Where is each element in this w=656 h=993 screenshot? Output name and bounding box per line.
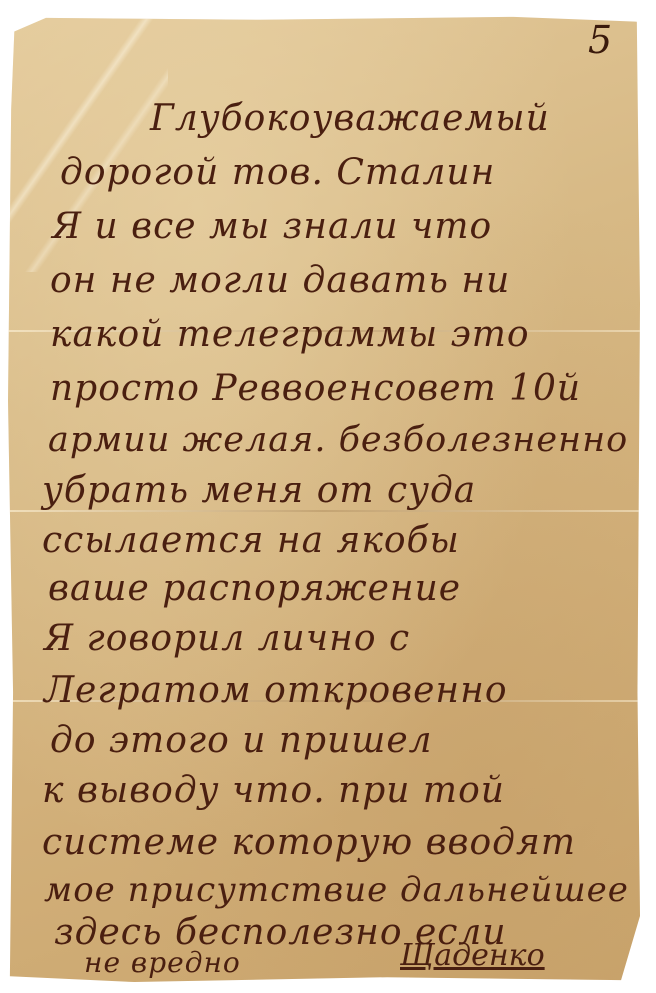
signature: Щаденко <box>400 938 545 973</box>
letter-line: системе которую вводят <box>42 822 576 863</box>
letter-line: ссылается на якобы <box>42 520 460 561</box>
letter-line: ваше распоряжение <box>48 568 461 609</box>
letter-line: Легратом откровенно <box>44 670 508 711</box>
letter-line: до этого и пришел <box>50 720 433 761</box>
letter-line: армии желая. безболезненно <box>48 420 628 460</box>
letter-line: дорогой тов. Сталин <box>60 152 495 193</box>
letter-line: Я и все мы знали что <box>52 206 492 247</box>
letter-line: к выводу что. при той <box>42 770 505 811</box>
letter-line: убрать меня от суда <box>42 470 476 511</box>
letter-line-closing: не вредно <box>84 946 241 979</box>
letter-line: он не могли давать ни <box>50 260 510 301</box>
page-number: 5 <box>588 18 612 62</box>
letter-line: какой телеграммы это <box>50 314 530 355</box>
letter-line: Я говорил лично с <box>44 618 410 659</box>
letter-line: просто Реввоенсовет 10й <box>50 368 581 409</box>
letter-line-salutation: Глубокоуважаемый <box>150 98 550 139</box>
letter-line: мое присутствие дальнейшее <box>44 870 629 910</box>
